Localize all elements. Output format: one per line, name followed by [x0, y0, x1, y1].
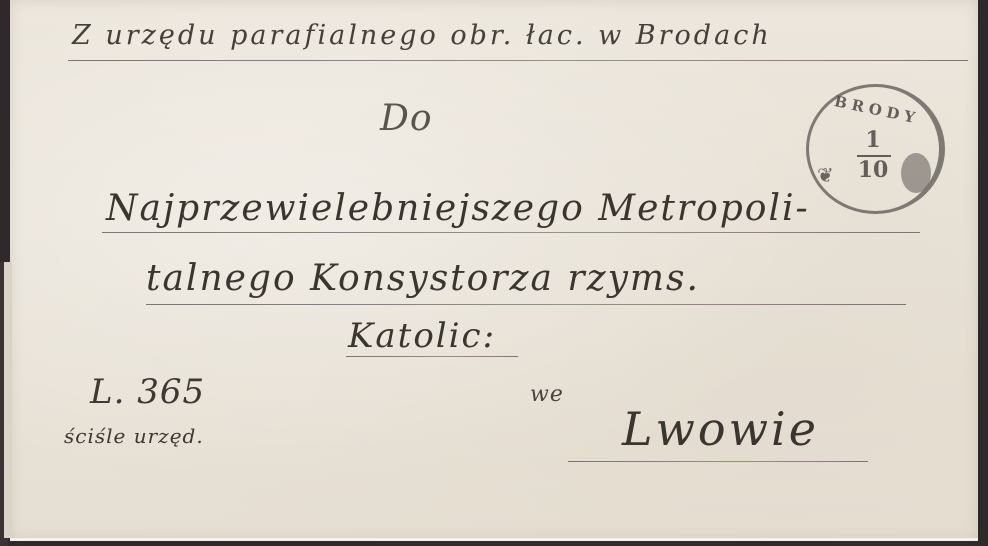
postmark-smudge	[901, 153, 931, 193]
address-line-3: Katolic:	[348, 316, 496, 356]
preposition: we	[530, 382, 564, 407]
paper-fold-edge	[4, 262, 12, 538]
destination-city: Lwowie	[622, 402, 819, 456]
official-note: ściśle urzęd.	[64, 424, 204, 448]
postmark-day: 1	[861, 127, 885, 153]
address-underline-3	[346, 356, 518, 357]
destination-underline	[568, 461, 868, 462]
postmark-town: BRODY	[826, 91, 928, 129]
address-underline-1	[102, 232, 920, 233]
address-underline-2	[146, 304, 906, 305]
paper-bottom-edge	[10, 538, 978, 541]
sender-underline	[68, 60, 968, 61]
reference-number: L. 365	[90, 372, 205, 412]
address-line-1: Najprzewielebniejszego Metropoli-	[106, 188, 810, 229]
salutation: Do	[380, 98, 433, 139]
postmark-month: 10	[853, 157, 893, 183]
postmark-ornament-icon: ❦	[817, 163, 834, 187]
letter-paper: Z urzędu parafialnego obr. łac. w Brodac…	[10, 0, 978, 540]
postmark-stamp: BRODY 1 10 ❦	[806, 84, 945, 214]
address-line-2: talnego Konsystorza rzyms.	[146, 258, 700, 299]
sender-line: Z urzędu parafialnego obr. łac. w Brodac…	[72, 20, 772, 51]
